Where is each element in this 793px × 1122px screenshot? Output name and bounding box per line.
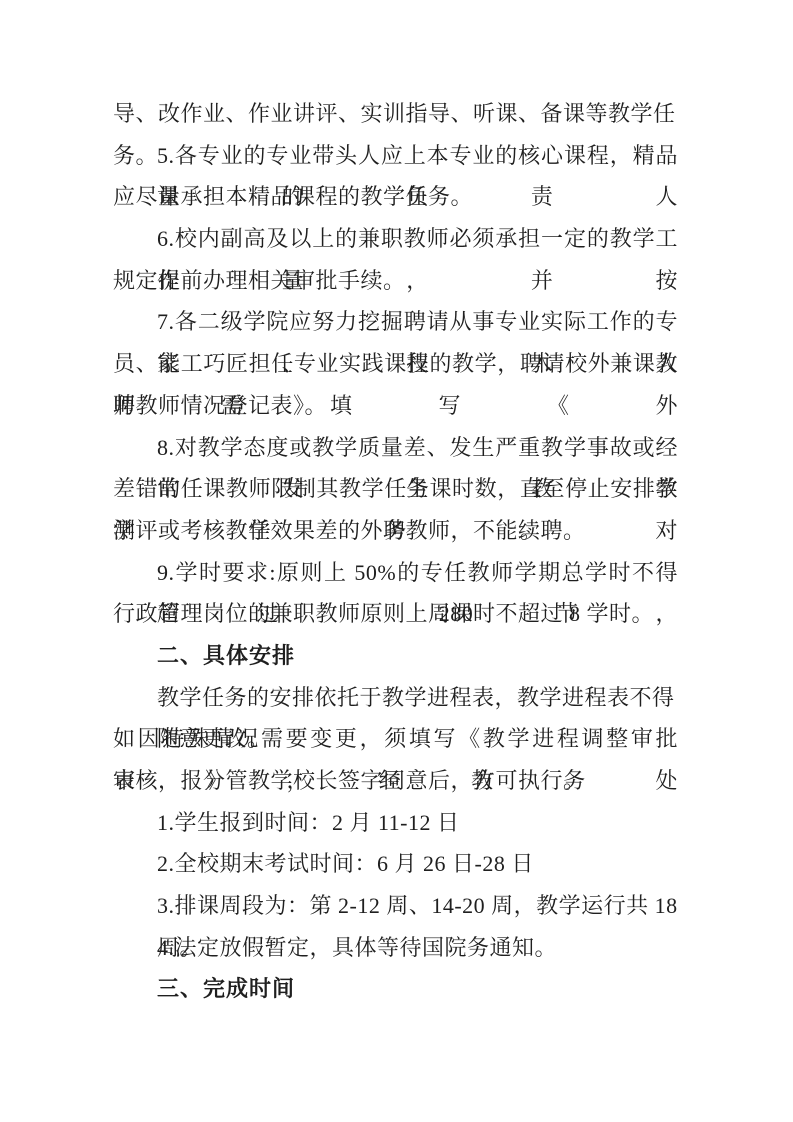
- text-line: 2.全校期末考试时间：6 月 26 日-28 日: [113, 843, 678, 885]
- text-line: 员、能工巧匠担任专业实践课程的教学，聘请校外兼课教师需填写《外: [113, 343, 678, 385]
- text-line: 导、改作业、作业讲评、实训指导、听课、备课等教学任务。: [113, 93, 678, 135]
- section-heading: 三、完成时间: [113, 968, 678, 1010]
- text-line: 6.校内副高及以上的兼职教师必须承担一定的教学工作量，并按: [113, 218, 678, 260]
- text-line: 3.排课周段为：第 2-12 周、14-20 周，教学运行共 18 周。: [113, 885, 678, 927]
- text-line: 7.各二级学院应努力挖掘聘请从事专业实际工作的专家、技术人: [113, 301, 678, 343]
- text-line: 4.法定放假暂定，具体等待国院务通知。: [113, 927, 678, 969]
- text-line: 9.学时要求:原则上 50%的专任教师学期总学时不得超过 280 节，: [113, 552, 678, 594]
- text-line: 如因特殊情况需要变更，须填写《教学进程调整审批表》，经教务处: [113, 718, 678, 760]
- text-line: 教学任务的安排依托于教学进程表，教学进程表不得随意更改。: [113, 677, 678, 719]
- text-content: 导、改作业、作业讲评、实训指导、听课、备课等教学任务。5.各专业的专业带头人应上…: [113, 93, 678, 1010]
- text-line: 5.各专业的专业带头人应上本专业的核心课程，精品课的负责人: [113, 135, 678, 177]
- document-page: 导、改作业、作业讲评、实训指导、听课、备课等教学任务。5.各专业的专业带头人应上…: [0, 0, 793, 1122]
- text-line: 行政管理岗位的兼职教师原则上周课时不超过 8 学时。: [113, 593, 678, 635]
- text-line: 1.学生报到时间：2 月 11-12 日: [113, 802, 678, 844]
- text-line: 差错的任课教师限制其教学任务课时数，直至停止安排教学任务。对: [113, 468, 678, 510]
- section-heading: 二、具体安排: [113, 635, 678, 677]
- text-line: 8.对教学态度或教学质量差、发生严重教学事故或经常发生教学: [113, 427, 678, 469]
